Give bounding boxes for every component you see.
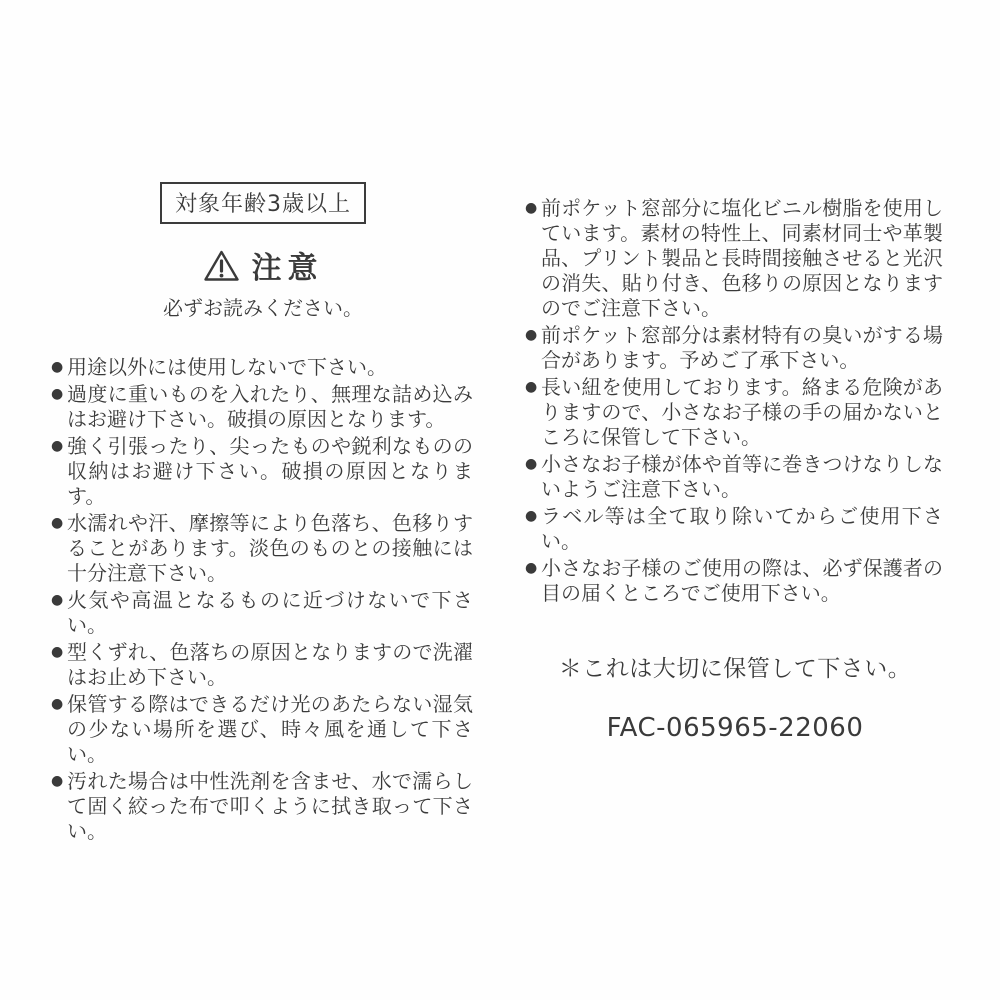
list-item: 過度に重いものを入れたり、無理な詰め込みはお避け下さい。破損の原因となります。 — [53, 382, 473, 432]
keep-note: ＊これは大切に保管して下さい。 — [527, 650, 943, 683]
list-item: 型くずれ、色落ちの原因となりますので洗濯はお止め下さい。 — [53, 640, 473, 690]
list-item: 前ポケット窓部分に塩化ビニル樹脂を使用しています。素材の特性上、同素材同士や革製… — [527, 196, 943, 321]
list-item: 保管する際はできるだけ光のあたらない湿気の少ない場所を選び、時々風を通して下さい… — [53, 692, 473, 767]
list-item: 小さなお子様のご使用の際は、必ず保護者の目の届くところでご使用下さい。 — [527, 556, 943, 606]
product-code: FAC-065965-22060 — [527, 713, 943, 743]
caution-heading: 注意 — [53, 243, 473, 287]
list-item: 用途以外には使用しないで下さい。 — [53, 355, 473, 380]
list-item: 汚れた場合は中性洗剤を含ませ、水で濡らして固く絞った布で叩くように拭き取って下さ… — [53, 769, 473, 844]
list-item: 長い紐を使用しております。絡まる危険がありますので、小さなお子様の手の届かないと… — [527, 375, 943, 450]
warning-triangle-icon — [203, 249, 240, 282]
list-item: 火気や高温となるものに近づけないで下さい。 — [53, 588, 473, 638]
care-instruction-label: 対象年齢3歳以上 注意 必ずお読みください。 用途以外には使用しないで下さい。過… — [0, 0, 1000, 1000]
age-restriction-box: 対象年齢3歳以上 — [160, 182, 366, 224]
material-warnings-list: 前ポケット窓部分に塩化ビニル樹脂を使用しています。素材の特性上、同素材同士や革製… — [527, 196, 943, 606]
caution-subtitle: 必ずお読みください。 — [53, 292, 473, 321]
right-column: 前ポケット窓部分に塩化ビニル樹脂を使用しています。素材の特性上、同素材同士や革製… — [527, 196, 943, 743]
age-restriction-text: 対象年齢3歳以上 — [175, 192, 351, 217]
list-item: 強く引張ったり、尖ったものや鋭利なものの収納はお避け下さい。破損の原因となります… — [53, 434, 473, 509]
list-item: 水濡れや汗、摩擦等により色落ち、色移りすることがあります。淡色のものとの接触には… — [53, 511, 473, 586]
list-item: 前ポケット窓部分は素材特有の臭いがする場合があります。予めご了承下さい。 — [527, 323, 943, 373]
left-column: 対象年齢3歳以上 注意 必ずお読みください。 用途以外には使用しないで下さい。過… — [53, 182, 473, 846]
list-item: 小さなお子様が体や首等に巻きつけなりしないようご注意下さい。 — [527, 452, 943, 502]
list-item: ラベル等は全て取り除いてからご使用下さい。 — [527, 504, 943, 554]
general-warnings-list: 用途以外には使用しないで下さい。過度に重いものを入れたり、無理な詰め込みはお避け… — [53, 355, 473, 844]
caution-title: 注意 — [252, 243, 324, 287]
